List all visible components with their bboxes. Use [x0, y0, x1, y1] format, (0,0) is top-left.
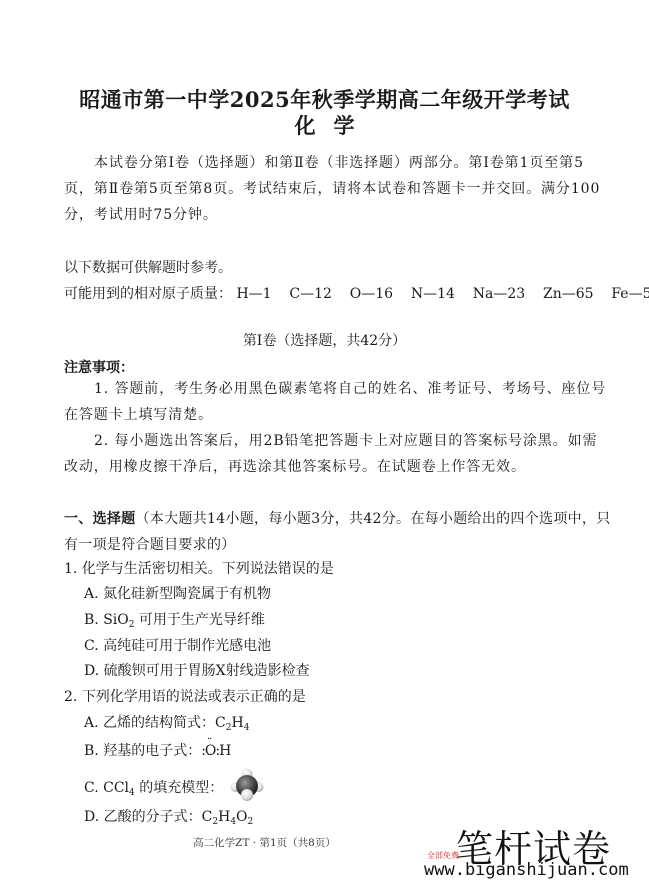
option-label: B. — [84, 743, 99, 759]
section-1-title: 第Ⅰ卷（选择题，共42分） — [0, 330, 649, 350]
question-number: 2. — [64, 689, 77, 705]
question-number: 1. — [64, 561, 77, 577]
question-stem: 下列化学用语的说法或表示正确的是 — [82, 689, 306, 705]
question-stem: 化学与生活密切相关。下列说法错误的是 — [82, 561, 334, 577]
electron-formula: :O····:H — [201, 743, 230, 759]
mass-fe: Fe—56 — [611, 286, 649, 302]
reference-note: 以下数据可供解题时参考。 — [64, 257, 232, 277]
option-text: 的填充模型： — [135, 780, 223, 796]
mass-h: H—1 — [236, 286, 271, 302]
q2-option-c: C. CCl4 的填充模型： — [84, 768, 264, 808]
q1-option-c: C. 高纯硅可用于制作光感电池 — [84, 635, 271, 655]
watermark-url[interactable]: www.biganshijuan.com — [424, 860, 629, 880]
mass-na: Na—23 — [473, 286, 525, 302]
mass-o: O—16 — [350, 286, 393, 302]
notice-heading: 注意事项： — [64, 357, 134, 377]
notice-item-2: 2. 每小题选出答案后，用2B铅笔把答题卡上对应题目的答案标号涂黑。如需改动，用… — [64, 428, 612, 480]
question-1: 1. 化学与生活密切相关。下列说法错误的是 — [64, 558, 334, 578]
formula: H — [218, 809, 230, 825]
q2-option-d: D. 乙酸的分子式：C2H4O2 — [84, 806, 253, 826]
formula: C — [215, 715, 226, 731]
mass-c: C—12 — [289, 286, 332, 302]
option-label: B. — [84, 612, 99, 628]
option-text: 硫酸钡可用于胃肠X射线造影检查 — [104, 663, 310, 679]
q1-option-a: A. 氮化硅新型陶瓷属于有机物 — [84, 583, 271, 603]
exam-subject: 化学 — [0, 110, 649, 140]
subscript: 4 — [244, 723, 250, 733]
part-1-description: （本大题共14小题，每小题3分，共42分。在每小题给出的四个选项中，只有一项是符… — [64, 511, 611, 553]
mass-n: N—14 — [411, 286, 455, 302]
part-1-heading: 一、选择题（本大题共14小题，每小题3分，共42分。在每小题给出的四个选项中，只… — [64, 506, 612, 558]
option-text: 乙酸的分子式： — [104, 809, 202, 825]
formula: C — [202, 809, 213, 825]
option-text: 羟基的电子式： — [103, 743, 201, 759]
option-text: 高纯硅可用于制作光感电池 — [103, 638, 271, 654]
option-label: C. — [84, 780, 99, 796]
notice-item-1: 1. 答题前，考生务必用黑色碳素笔将自己的姓名、准考证号、考场号、座位号在答题卡… — [64, 376, 612, 428]
subscript: 2 — [248, 817, 254, 827]
space-filling-model-icon — [230, 768, 264, 808]
exam-intro: 本试卷分第Ⅰ卷（选择题）和第Ⅱ卷（非选择题）两部分。第Ⅰ卷第1页至第5页，第Ⅱ卷… — [64, 150, 612, 228]
option-label: D. — [84, 809, 99, 825]
part-1-title: 一、选择题 — [64, 511, 136, 527]
formula: H — [231, 715, 243, 731]
option-text: 氮化硅新型陶瓷属于有机物 — [103, 586, 271, 602]
option-label: A. — [84, 715, 99, 731]
q2-option-b: B. 羟基的电子式：:O····:H — [84, 740, 230, 760]
formula: CCl — [103, 780, 129, 796]
q1-option-d: D. 硫酸钡可用于胃肠X射线造影检查 — [84, 660, 310, 680]
option-text: 可用于生产光导纤维 — [134, 612, 264, 628]
question-2: 2. 下列化学用语的说法或表示正确的是 — [64, 686, 306, 706]
atomic-masses-label: 可能用到的相对原子质量： — [64, 286, 232, 302]
formula: O — [236, 809, 247, 825]
formula: SiO — [103, 612, 129, 628]
option-label: D. — [84, 663, 99, 679]
q1-option-b: B. SiO2 可用于生产光导纤维 — [84, 609, 265, 629]
option-text: 乙烯的结构简式： — [103, 715, 215, 731]
q2-option-a: A. 乙烯的结构简式：C2H4 — [84, 712, 249, 732]
atomic-masses: 可能用到的相对原子质量： H—1 C—12 O—16 N—14 Na—23 Zn… — [64, 283, 649, 303]
mass-zn: Zn—65 — [543, 286, 594, 302]
option-label: C. — [84, 638, 99, 654]
option-label: A. — [84, 586, 99, 602]
